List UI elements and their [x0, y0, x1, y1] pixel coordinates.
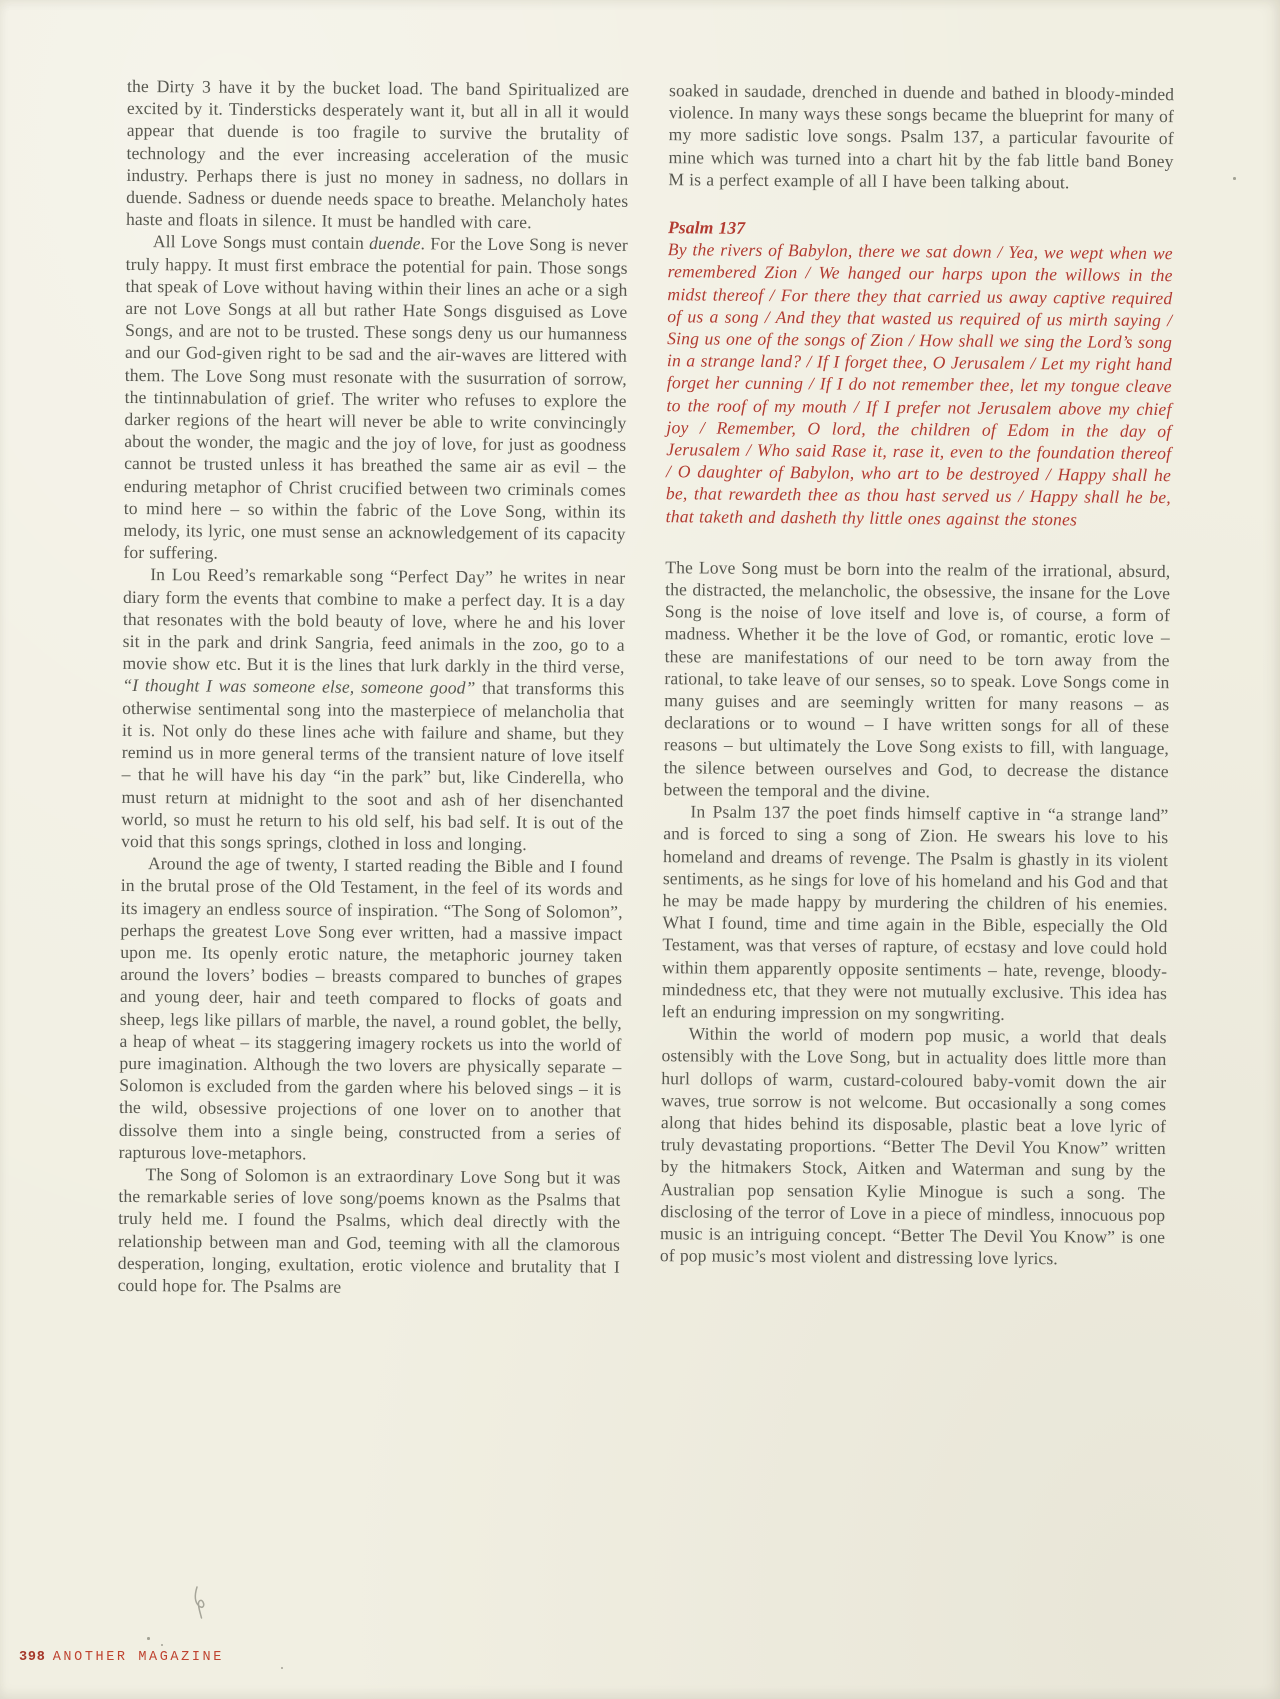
- text-run: All Love Songs must contain: [153, 232, 369, 254]
- paragraph: Around the age of twenty, I started read…: [119, 852, 623, 1167]
- ink-speck: [1233, 177, 1236, 180]
- page-footer: 398ANOTHER MAGAZINE: [19, 1649, 224, 1667]
- text-run: The Song of Solomon is an extraordinary …: [118, 1164, 621, 1297]
- text-run: The Love Song must be born into the real…: [664, 557, 1171, 801]
- italic-text-run: “I thought I was someone else, someone g…: [122, 675, 475, 698]
- text-run: soaked in saudade, drenched in duende an…: [668, 80, 1174, 192]
- paragraph: The Song of Solomon is an extraordinary …: [118, 1163, 621, 1300]
- text-run: By the rivers of Babylon, there we sat d…: [666, 239, 1173, 529]
- ink-speck: [281, 1667, 283, 1669]
- magazine-page: the Dirty 3 have it by the bucket load. …: [0, 0, 1280, 1699]
- paragraph: soaked in saudade, drenched in duende an…: [668, 79, 1174, 194]
- paragraph: the Dirty 3 have it by the bucket load. …: [126, 75, 629, 234]
- paragraph: In Lou Reed’s remarkable song “Perfect D…: [121, 563, 625, 856]
- text-run: Psalm 137: [668, 217, 745, 238]
- text-run: that transforms this otherwise sentiment…: [121, 678, 624, 854]
- text-run: the Dirty 3 have it by the bucket load. …: [126, 76, 629, 232]
- ink-speck: [147, 1637, 150, 1640]
- text-run: Around the age of twenty, I started read…: [119, 853, 623, 1163]
- paragraph: All Love Songs must contain duende. For …: [123, 230, 628, 567]
- text-run: In Psalm 137 the poet finds himself capt…: [662, 801, 1169, 1023]
- psalm-quote-block: By the rivers of Babylon, there we sat d…: [666, 238, 1173, 531]
- magazine-name: ANOTHER MAGAZINE: [53, 1650, 224, 1665]
- right-column: soaked in saudade, drenched in duende an…: [660, 79, 1174, 1270]
- article-body: the Dirty 3 have it by the bucket load. …: [0, 0, 1280, 1699]
- paragraph: Within the world of modern pop music, a …: [660, 1022, 1167, 1270]
- text-run: In Lou Reed’s remarkable song “Perfect D…: [122, 565, 625, 678]
- text-run: Within the world of modern pop music, a …: [660, 1023, 1167, 1268]
- page-number: 398: [19, 1650, 46, 1665]
- ink-speck: [161, 1644, 163, 1646]
- paragraph: In Psalm 137 the poet finds himself capt…: [662, 800, 1169, 1026]
- paragraph: The Love Song must be born into the real…: [663, 556, 1170, 804]
- text-run: . For the Love Song is never truly happy…: [123, 234, 628, 563]
- pencil-mark: [189, 1585, 219, 1623]
- left-column: the Dirty 3 have it by the bucket load. …: [118, 75, 630, 1300]
- italic-text-run: duende: [369, 233, 421, 253]
